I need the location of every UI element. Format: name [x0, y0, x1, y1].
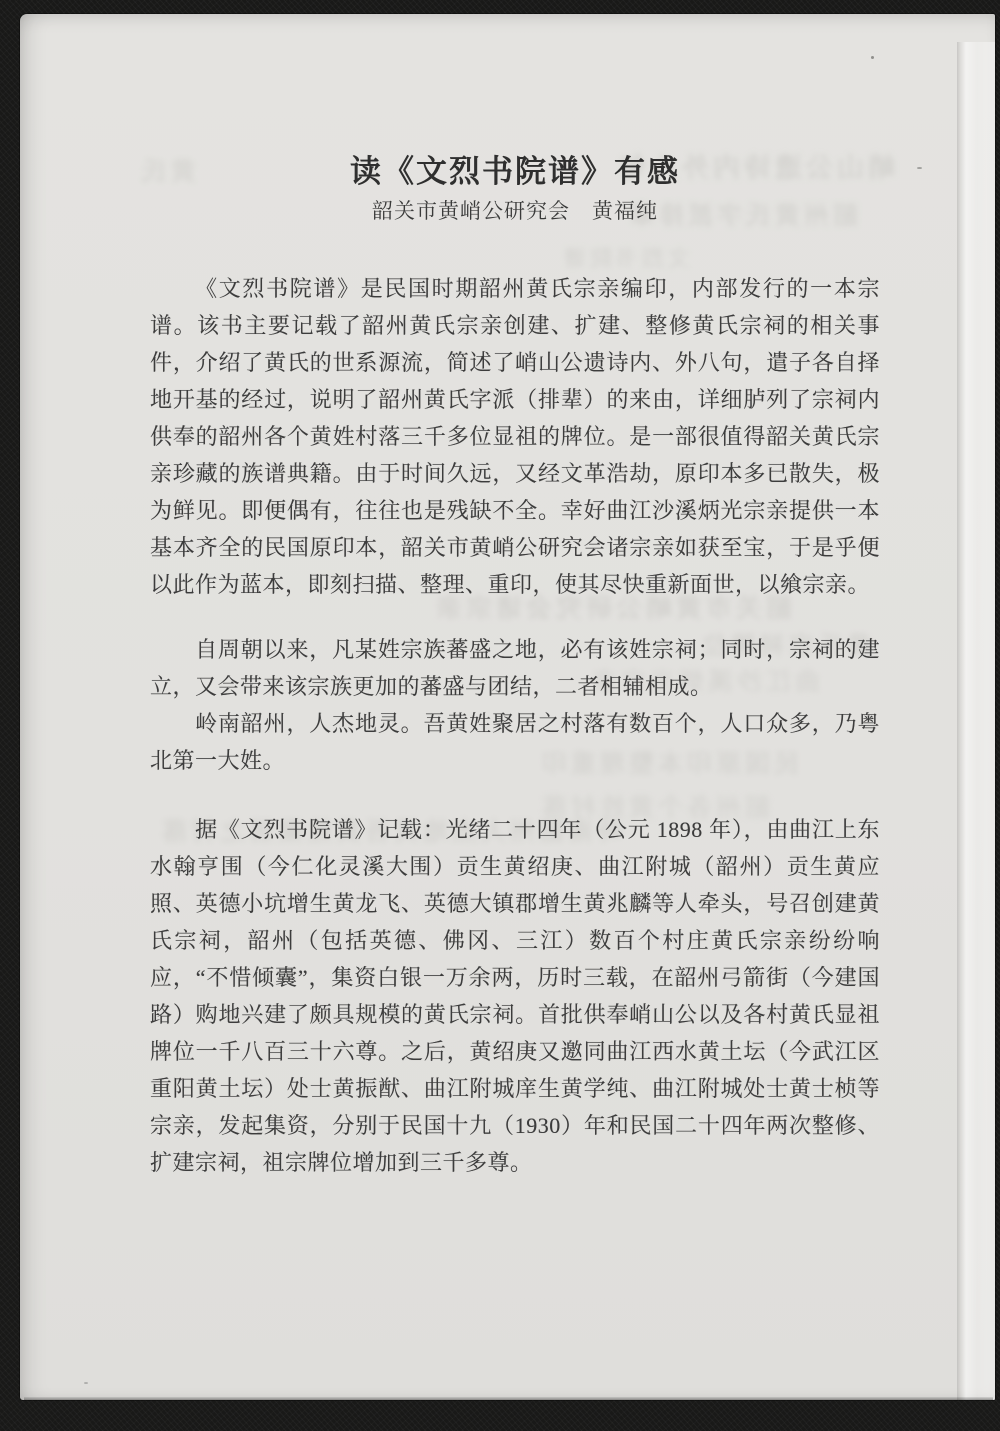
scan-speck: [917, 167, 922, 169]
page-content: 读《文烈书院谱》有感 韶关市黄峭公研究会 黄福纯 《文烈书院谱》是民国时期韶州黄…: [20, 152, 995, 1181]
document-title: 读《文烈书院谱》有感: [150, 152, 880, 192]
paragraph-1: 《文烈书院谱》是民国时期韶州黄氏宗亲编印，内部发行的一本宗谱。该书主要记载了韶州…: [150, 270, 880, 603]
page-bottom-edge: [24, 1397, 993, 1400]
document-page: 黄氏 峭山公遗诗内外八句 韶州黄氏字派排辈 文烈书院谱 韶关市黄峭公研究会诸宗亲…: [20, 14, 995, 1400]
document-body: 《文烈书院谱》是民国时期韶州黄氏宗亲编印，内部发行的一本宗谱。该书主要记载了韶州…: [150, 270, 880, 1181]
paragraph-4: 据《文烈书院谱》记载：光绪二十四年（公元 1898 年），由曲江上东水翰亨围（今…: [150, 811, 880, 1181]
document-byline: 韶关市黄峭公研究会 黄福纯: [150, 198, 880, 224]
scan-speck: [871, 56, 874, 59]
paragraph-3: 岭南韶州，人杰地灵。吾黄姓聚居之村落有数百个，人口众多，乃粤北第一大姓。: [150, 705, 880, 779]
scan-speck: [84, 1382, 88, 1384]
paragraph-2: 自周朝以来，凡某姓宗族蕃盛之地，必有该姓宗祠；同时，宗祠的建立，又会带来该宗族更…: [150, 631, 880, 705]
